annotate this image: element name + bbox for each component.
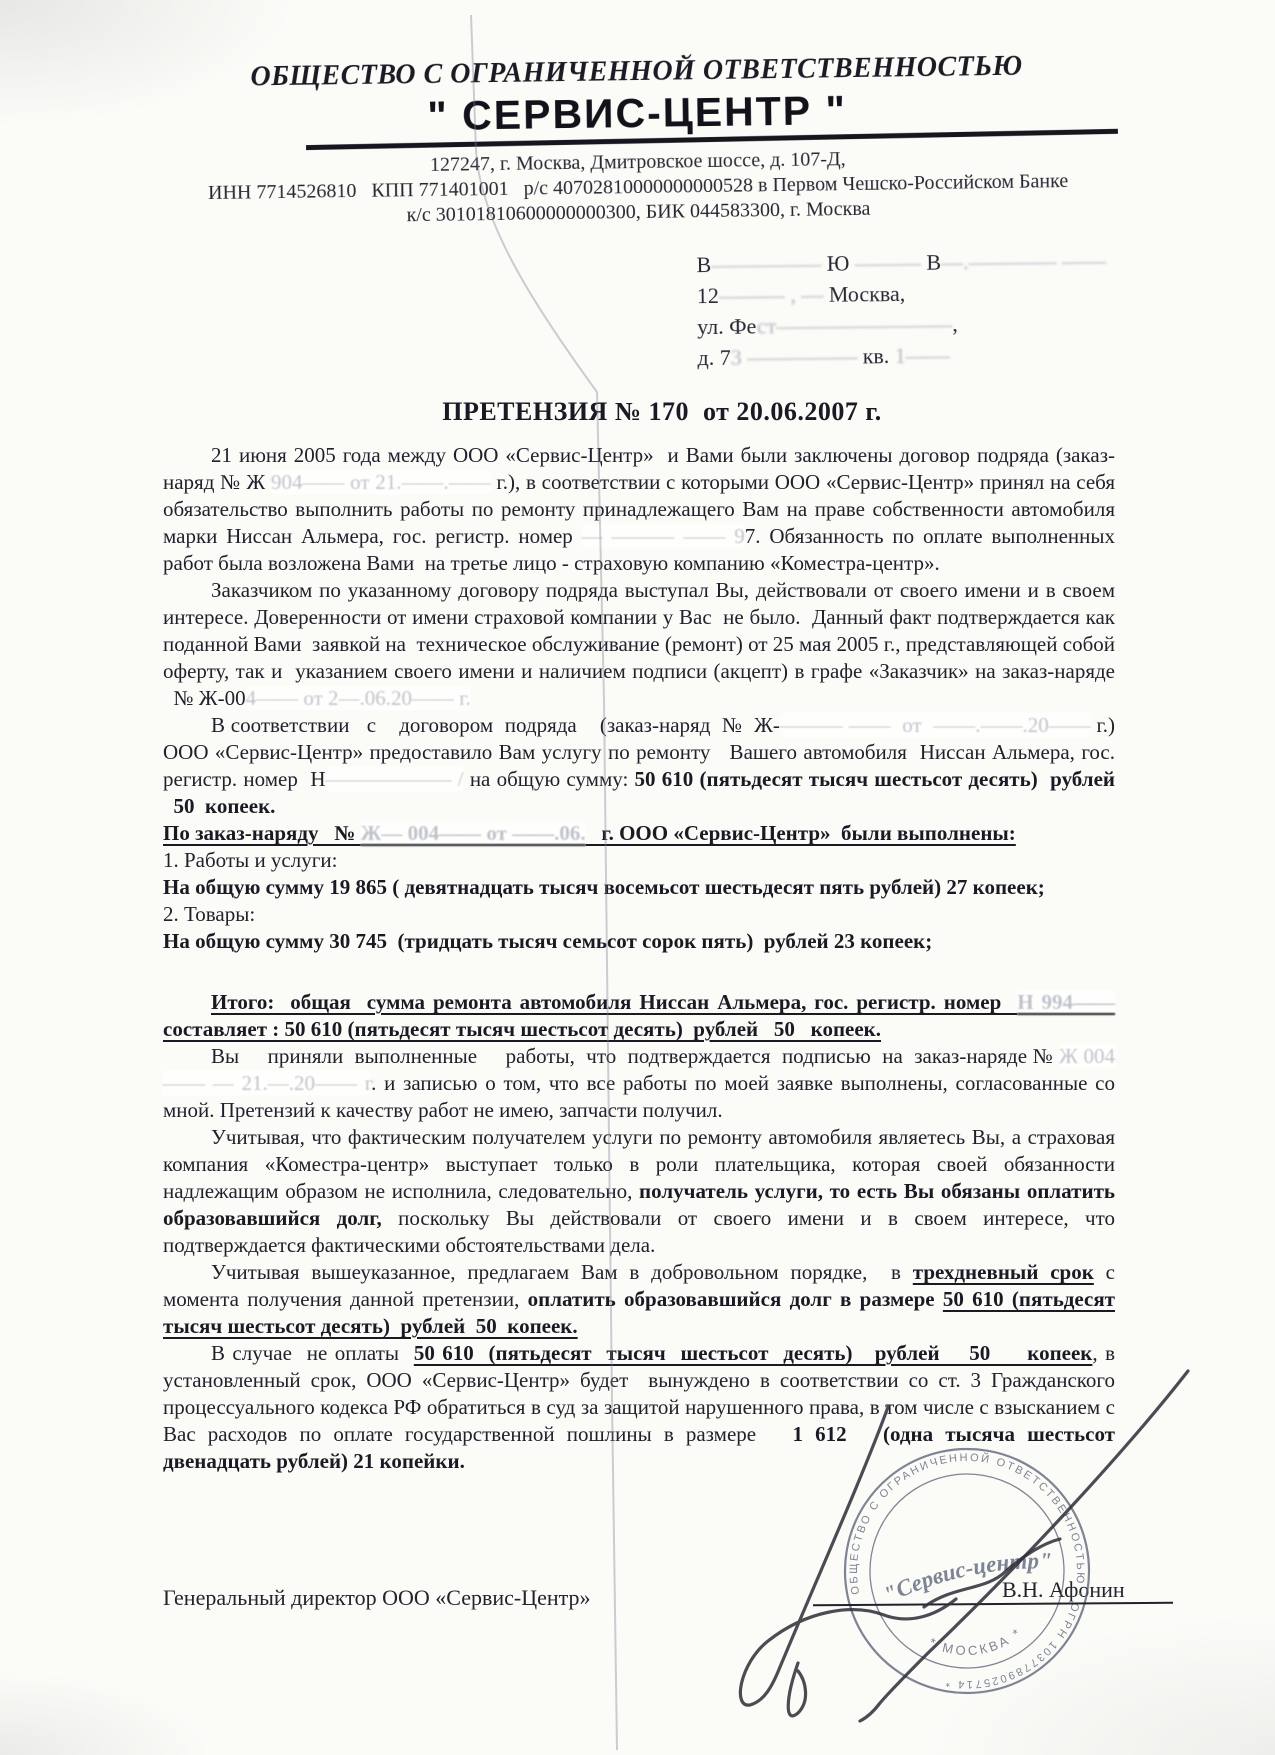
redacted-text: ——— , — [719, 282, 829, 308]
text-segment: Учитывая вышеуказанное, предлагаем Вам в… [211, 1260, 913, 1284]
document-page: ОБЩЕСТВО С ОГРАНИЧЕННОЙ ОТВЕТСТВЕННОСТЬЮ… [0, 0, 1275, 1755]
para-intro: 21 июня 2005 года между ООО «Сервис-Цент… [163, 442, 1115, 577]
line-goods-label: 2. Товары: [163, 901, 1115, 928]
redacted-text: 904—— от 21.——.—— [271, 470, 491, 494]
para-demand: Учитывая вышеуказанное, предлагаем Вам в… [163, 1259, 1115, 1340]
line-works-sum: На общую сумму 19 865 ( девятнадцать тыс… [163, 874, 1115, 901]
redacted-text: ————— [711, 251, 827, 277]
line-goods-sum: На общую сумму 30 745 (тридцать тысяч се… [163, 928, 1115, 955]
text-segment: В соответствии с договором подряда (зака… [211, 713, 780, 737]
text-segment: В [696, 252, 711, 277]
addressee-line: В————— Ю ——— В—.———— —— [696, 245, 1106, 280]
line-works-label: 1. Работы и услуги: [163, 847, 1115, 874]
redacted-text: Н 994—— [1017, 990, 1115, 1014]
redacted-text: ——— [849, 250, 926, 276]
text-segment: 1. Работы и услуги: [163, 848, 337, 872]
text-segment: ул. Фе [697, 314, 757, 340]
text-segment: На общую сумму 19 865 ( девятнадцать тыс… [163, 875, 1045, 899]
director-signature-icon [688, 1345, 1212, 1729]
redacted-text: 4—— от 2—.06.20—— г. [246, 686, 471, 710]
text-segment: В случае не оплаты [211, 1341, 414, 1365]
text-segment: На общую сумму 30 745 (тридцать тысяч се… [163, 929, 932, 953]
addressee-line: 12——— , — Москва, [697, 276, 1107, 311]
redacted-text: Ж— 004—— от ——.06. [361, 821, 586, 845]
addressee-line: д. 73 ————— кв. 1—— [697, 338, 1107, 373]
redacted-text: ——— —— от ——.——.20—— [780, 713, 1091, 737]
redacted-text: 1—— [889, 343, 950, 369]
text-segment: Итого: общая сумма ремонта автомобиля Ни… [211, 990, 1017, 1014]
text-segment: В [926, 250, 941, 275]
text-segment: Вы приняли выполненные работы, что подтв… [211, 1044, 1059, 1068]
heading-order-completed: По заказ-наряду № Ж— 004—— от ——.06. г. … [163, 820, 1115, 847]
para-payer: Учитывая, что фактическим получателем ус… [163, 1124, 1115, 1259]
text-segment: на общую сумму: [464, 767, 635, 791]
redacted-text: — ——— —— 9 [582, 524, 745, 548]
text-segment: Ю [827, 251, 850, 276]
text-segment: д. 7 [697, 345, 730, 370]
director-label: Генеральный директор ООО «Сервис-Центр» [163, 1585, 591, 1611]
redacted-text: —————— / [326, 767, 464, 791]
text-segment: По заказ-наряду № [163, 821, 361, 845]
letterhead: ОБЩЕСТВО С ОГРАНИЧЕННОЙ ОТВЕТСТВЕННОСТЬЮ… [0, 47, 1275, 234]
para-acceptance: Вы приняли выполненные работы, что подтв… [163, 1043, 1115, 1124]
text-segment: 12 [697, 283, 719, 308]
para-total: Итого: общая сумма ремонта автомобиля Ни… [163, 989, 1115, 1043]
text-segment: кв. [863, 343, 890, 368]
text-segment: Москва, [829, 281, 906, 307]
text-segment: трехдневный срок [913, 1260, 1094, 1284]
body-paragraphs: 21 июня 2005 года между ООО «Сервис-Цент… [163, 442, 1115, 1475]
redacted-text: ст———————— [757, 311, 953, 338]
text-segment: г. ООО «Сервис-Центр» были выполнены: [586, 821, 1016, 845]
document-title: ПРЕТЕНЗИЯ № 170 от 20.06.2007 г. [165, 397, 1137, 427]
text-segment: 2. Товары: [163, 902, 255, 926]
para-contract: В соответствии с договором подряда (зака… [163, 712, 1115, 820]
redacted-text: —.———— —— [941, 248, 1106, 275]
addressee-line: ул. Фест————————, [697, 307, 1107, 342]
text-segment: составляет : 50 610 (пятьдесят тысяч шес… [163, 1017, 881, 1041]
para-customer: Заказчиком по указанному договору подряд… [163, 577, 1115, 712]
text-segment: , [952, 311, 958, 336]
redacted-text: 3 ————— [731, 343, 863, 369]
addressee-block: В————— Ю ——— В—.———— ——12——— , — Москва,… [696, 245, 1107, 373]
text-segment: оплатить образовавшийся долг в размере [528, 1287, 943, 1311]
